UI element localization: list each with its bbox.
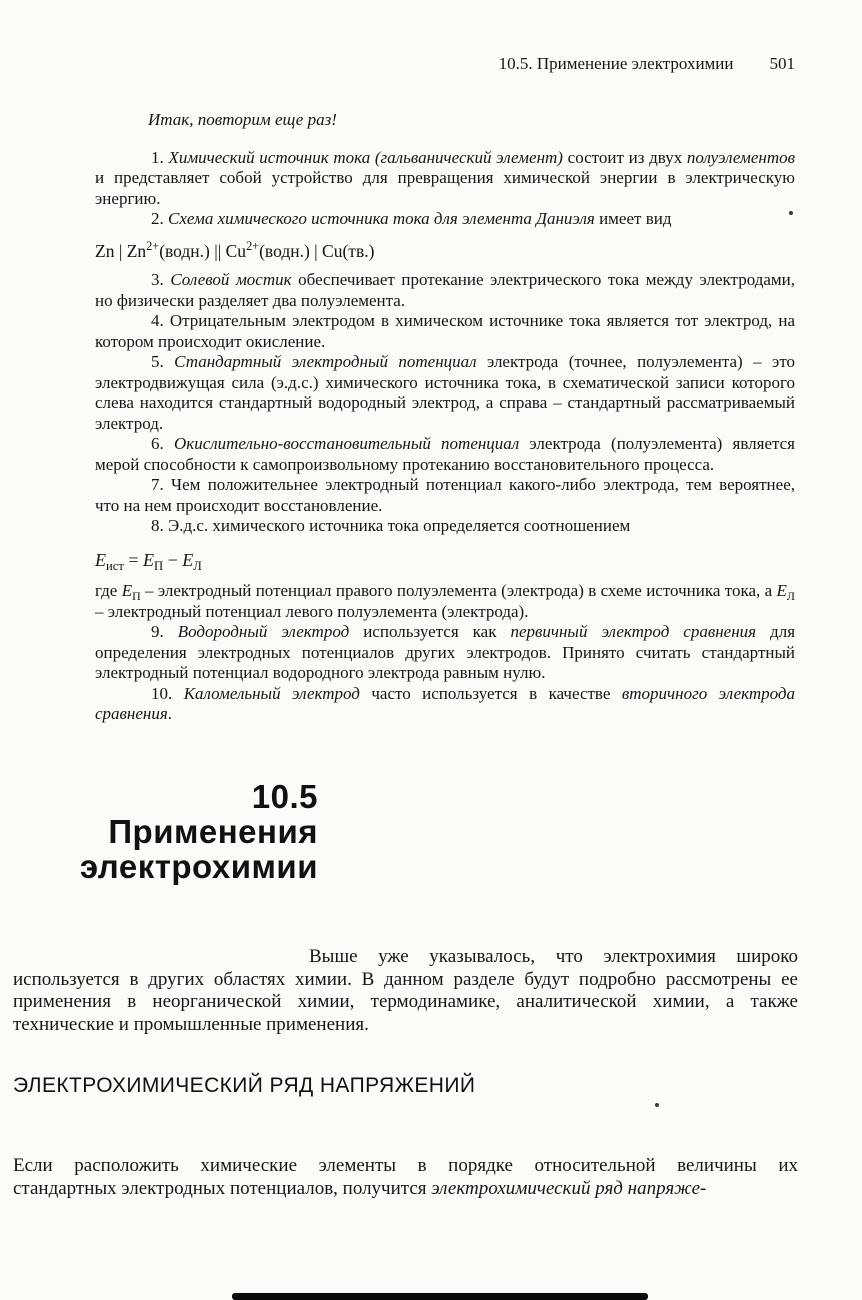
item-number: 7. [151,475,164,494]
item-number: 4. [151,311,164,330]
item-number: 10. [151,684,172,703]
item-text: Стандартный электродный потенциал электр… [95,352,795,433]
item-text: Водородный электрод используется как пер… [95,622,795,682]
recap-block: Итак, повторим еще раз! 1. Химический ис… [95,110,795,725]
item-number: 8. [151,516,164,535]
recap-intro: Итак, повторим еще раз! [148,110,795,131]
item-text: Чем положительнее электродный потенциал … [95,475,795,515]
recap-item-3: 3. Солевой мостик обеспечивает протекани… [95,270,795,311]
item-text: Солевой мостик обеспечивает протекание э… [95,270,795,310]
recap-item-5: 5. Стандартный электродный потенциал эле… [95,352,795,434]
book-page: 10.5. Применение электрохимии 501 Итак, … [0,0,862,1300]
item-number: 6. [151,434,164,453]
recap-item-10: 10. Каломельный электрод часто используе… [95,684,795,725]
chapter-intro-paragraph: Выше уже указывалось, что электрохимия ш… [13,946,798,1036]
chapter-title-line2: электрохимии [55,849,318,884]
running-header-title: 10.5. Применение электрохимии [499,54,734,74]
subsection-heading: ЭЛЕКТРОХИМИЧЕСКИЙ РЯД НАПРЯЖЕНИЙ [13,1074,475,1098]
item-number: 2. [151,209,164,228]
item-text: Каломельный электрод часто используется … [95,684,795,724]
item-text: Э.д.с. химического источника тока опреде… [168,516,630,535]
recap-item-6: 6. Окислительно-восстановительный потенц… [95,434,795,475]
scan-artifact-bar [232,1293,648,1300]
chapter-title-line1: Применения [55,814,318,849]
series-paragraph-line2: стандартных электродных потенциалов, пол… [13,1177,798,1200]
series-paragraph-line1: Если расположить химические элементы в п… [13,1154,798,1177]
recap-item-9: 9. Водородный электрод используется как … [95,622,795,684]
scan-artifact-dot [789,211,793,215]
cell-notation: Zn | Zn2+(водн.) || Cu2+(водн.) | Cu(тв.… [95,241,795,262]
series-paragraph: Если расположить химические элементы в п… [13,1154,798,1200]
item-number: 1. [151,148,164,167]
item-number: 5. [151,352,164,371]
emf-where-note: где EП – электродный потенциал правого п… [95,581,795,622]
chapter-heading: 10.5 Применения электрохимии [55,779,318,884]
page-number: 501 [770,54,796,74]
recap-item-1: 1. Химический источник тока (гальваничес… [95,148,795,210]
recap-item-2: 2. Схема химического источника тока для … [95,209,795,230]
scan-artifact-dot [655,1103,659,1107]
item-text: Отрицательным электродом в химическом ис… [95,311,795,351]
item-number: 9. [151,622,164,641]
chapter-number: 10.5 [55,779,318,814]
running-header: 10.5. Применение электрохимии 501 [499,54,795,74]
recap-item-4: 4. Отрицательным электродом в химическом… [95,311,795,352]
item-text: Химический источник тока (гальванический… [95,148,795,208]
item-number: 3. [151,270,164,289]
recap-item-8: 8. Э.д.с. химического источника тока опр… [95,516,795,537]
recap-item-7: 7. Чем положительнее электродный потенци… [95,475,795,516]
emf-equation: Eист = EП − EЛ [95,550,795,571]
item-text: Окислительно-восстановительный потенциал… [95,434,795,474]
item-text: Схема химического источника тока для эле… [168,209,671,228]
